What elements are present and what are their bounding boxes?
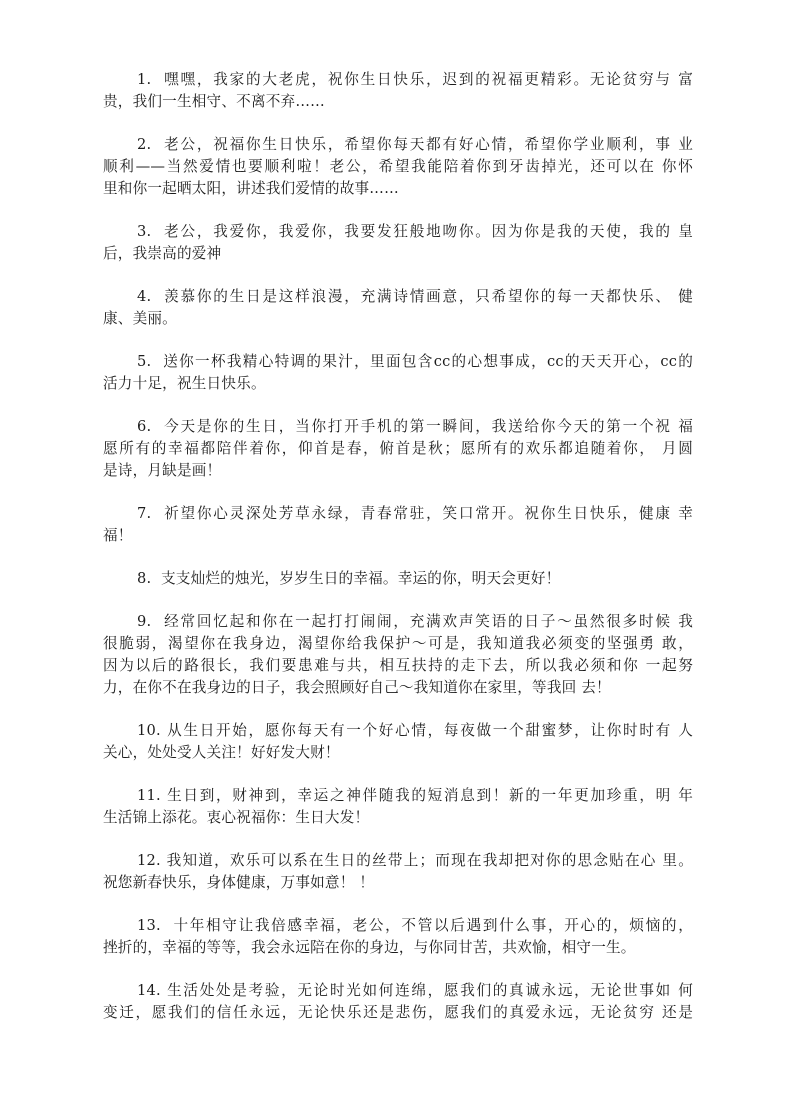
- paragraph-line: 福！: [103, 525, 693, 547]
- paragraph-3: 3. 老公，我爱你，我爱你，我要发狂般地吻你。因为你是我的天使，我的 皇 后，我…: [103, 221, 693, 265]
- paragraph-line: 4. 羡慕你的生日是这样浪漫，充满诗情画意，只希望你的每一天都快乐、 健: [103, 286, 693, 308]
- paragraph-7: 7. 祈望你心灵深处芳草永绿，青春常驻，笑口常开。祝你生日快乐，健康 幸 福！: [103, 503, 693, 547]
- paragraph-4: 4. 羡慕你的生日是这样浪漫，充满诗情画意，只希望你的每一天都快乐、 健 康、美…: [103, 286, 693, 330]
- paragraph-5: 5. 送你一杯我精心特调的果汁，里面包含cc的心想事成，cc的天天开心，cc的 …: [103, 351, 693, 395]
- paragraph-line: 7. 祈望你心灵深处芳草永绿，青春常驻，笑口常开。祝你生日快乐，健康 幸: [103, 503, 693, 525]
- paragraph-line: 11. 生日到，财神到，幸运之神伴随我的短消息到！新的一年更加珍重，明 年: [103, 785, 693, 807]
- paragraph-line: 1. 嘿嘿，我家的大老虎，祝你生日快乐，迟到的祝福更精彩。无论贫穷与 富: [103, 69, 693, 91]
- paragraph-line: 8. 支支灿烂的烛光，岁岁生日的幸福。幸运的你，明天会更好！: [103, 568, 693, 590]
- paragraph-line: 13. 十年相守让我倍感幸福，老公，不管以后遇到什么事，开心的，烦恼的，: [103, 915, 693, 937]
- paragraph-6: 6. 今天是你的生日，当你打开手机的第一瞬间，我送给你今天的第一个祝 福 愿所有…: [103, 416, 693, 482]
- paragraph-line: 很脆弱，渴望你在我身边，渴望你给我保护～可是，我知道我必须变的坚强勇 敢，: [103, 633, 693, 655]
- paragraph-line: 变迁，愿我们的信任永远，无论快乐还是悲伤，愿我们的真爱永远，无论贫穷 还是: [103, 1002, 693, 1024]
- paragraph-line: 2. 老公，祝福你生日快乐，希望你每天都有好心情，希望你学业顺利，事 业: [103, 134, 693, 156]
- paragraph-line: 活力十足，祝生日快乐。: [103, 373, 693, 395]
- paragraph-14: 14. 生活处处是考验，无论时光如何连绵，愿我们的真诚永远，无论世事如 何 变迁…: [103, 980, 693, 1024]
- paragraph-line: 贵，我们一生相守、不离不弃……: [103, 91, 693, 113]
- paragraph-8: 8. 支支灿烂的烛光，岁岁生日的幸福。幸运的你，明天会更好！: [103, 568, 693, 590]
- paragraph-line: 祝您新春快乐，身体健康，万事如意！ ！: [103, 872, 693, 894]
- paragraph-line: 后，我崇高的爱神: [103, 243, 693, 265]
- paragraph-line: 顺利——当然爱情也要顺利啦！老公，希望我能陪着你到牙齿掉光，还可以在 你怀: [103, 156, 693, 178]
- paragraph-2: 2. 老公，祝福你生日快乐，希望你每天都有好心情，希望你学业顺利，事 业 顺利—…: [103, 134, 693, 200]
- paragraph-10: 10. 从生日开始，愿你每天有一个好心情，每夜做一个甜蜜梦，让你时时有 人 关心…: [103, 720, 693, 764]
- paragraph-line: 力，在你不在我身边的日子，我会照顾好自己～我知道你在家里，等我回 去！: [103, 677, 693, 699]
- paragraph-line: 是诗，月缺是画！: [103, 460, 693, 482]
- paragraph-line: 里和你一起晒太阳，讲述我们爱情的故事……: [103, 178, 693, 200]
- paragraph-line: 关心，处处受人关注！好好发大财！: [103, 742, 693, 764]
- paragraph-line: 愿所有的幸福都陪伴着你，仰首是春，俯首是秋；愿所有的欢乐都追随着你， 月圆: [103, 438, 693, 460]
- paragraph-line: 挫折的，幸福的等等，我会永远陪在你的身边，与你同甘苦，共欢愉，相守一生。: [103, 937, 693, 959]
- paragraph-line: 10. 从生日开始，愿你每天有一个好心情，每夜做一个甜蜜梦，让你时时有 人: [103, 720, 693, 742]
- paragraph-1: 1. 嘿嘿，我家的大老虎，祝你生日快乐，迟到的祝福更精彩。无论贫穷与 富 贵，我…: [103, 69, 693, 113]
- paragraph-line: 3. 老公，我爱你，我爱你，我要发狂般地吻你。因为你是我的天使，我的 皇: [103, 221, 693, 243]
- paragraph-line: 6. 今天是你的生日，当你打开手机的第一瞬间，我送给你今天的第一个祝 福: [103, 416, 693, 438]
- paragraph-9: 9. 经常回忆起和你在一起打打闹闹，充满欢声笑语的日子～虽然很多时候 我 很脆弱…: [103, 611, 693, 699]
- paragraph-line: 9. 经常回忆起和你在一起打打闹闹，充满欢声笑语的日子～虽然很多时候 我: [103, 611, 693, 633]
- paragraph-line: 5. 送你一杯我精心特调的果汁，里面包含cc的心想事成，cc的天天开心，cc的: [103, 351, 693, 373]
- paragraph-line: 生活锦上添花。衷心祝福你：生日大发！: [103, 807, 693, 829]
- paragraph-13: 13. 十年相守让我倍感幸福，老公，不管以后遇到什么事，开心的，烦恼的， 挫折的…: [103, 915, 693, 959]
- document-page: 1. 嘿嘿，我家的大老虎，祝你生日快乐，迟到的祝福更精彩。无论贫穷与 富 贵，我…: [103, 69, 693, 1045]
- paragraph-11: 11. 生日到，财神到，幸运之神伴随我的短消息到！新的一年更加珍重，明 年 生活…: [103, 785, 693, 829]
- paragraph-line: 康、美丽。: [103, 308, 693, 330]
- paragraph-line: 14. 生活处处是考验，无论时光如何连绵，愿我们的真诚永远，无论世事如 何: [103, 980, 693, 1002]
- paragraph-line: 12. 我知道，欢乐可以系在生日的丝带上；而现在我却把对你的思念贴在心 里。: [103, 850, 693, 872]
- paragraph-line: 因为以后的路很长，我们要患难与共，相互扶持的走下去，所以我必须和你 一起努: [103, 655, 693, 677]
- paragraph-12: 12. 我知道，欢乐可以系在生日的丝带上；而现在我却把对你的思念贴在心 里。 祝…: [103, 850, 693, 894]
